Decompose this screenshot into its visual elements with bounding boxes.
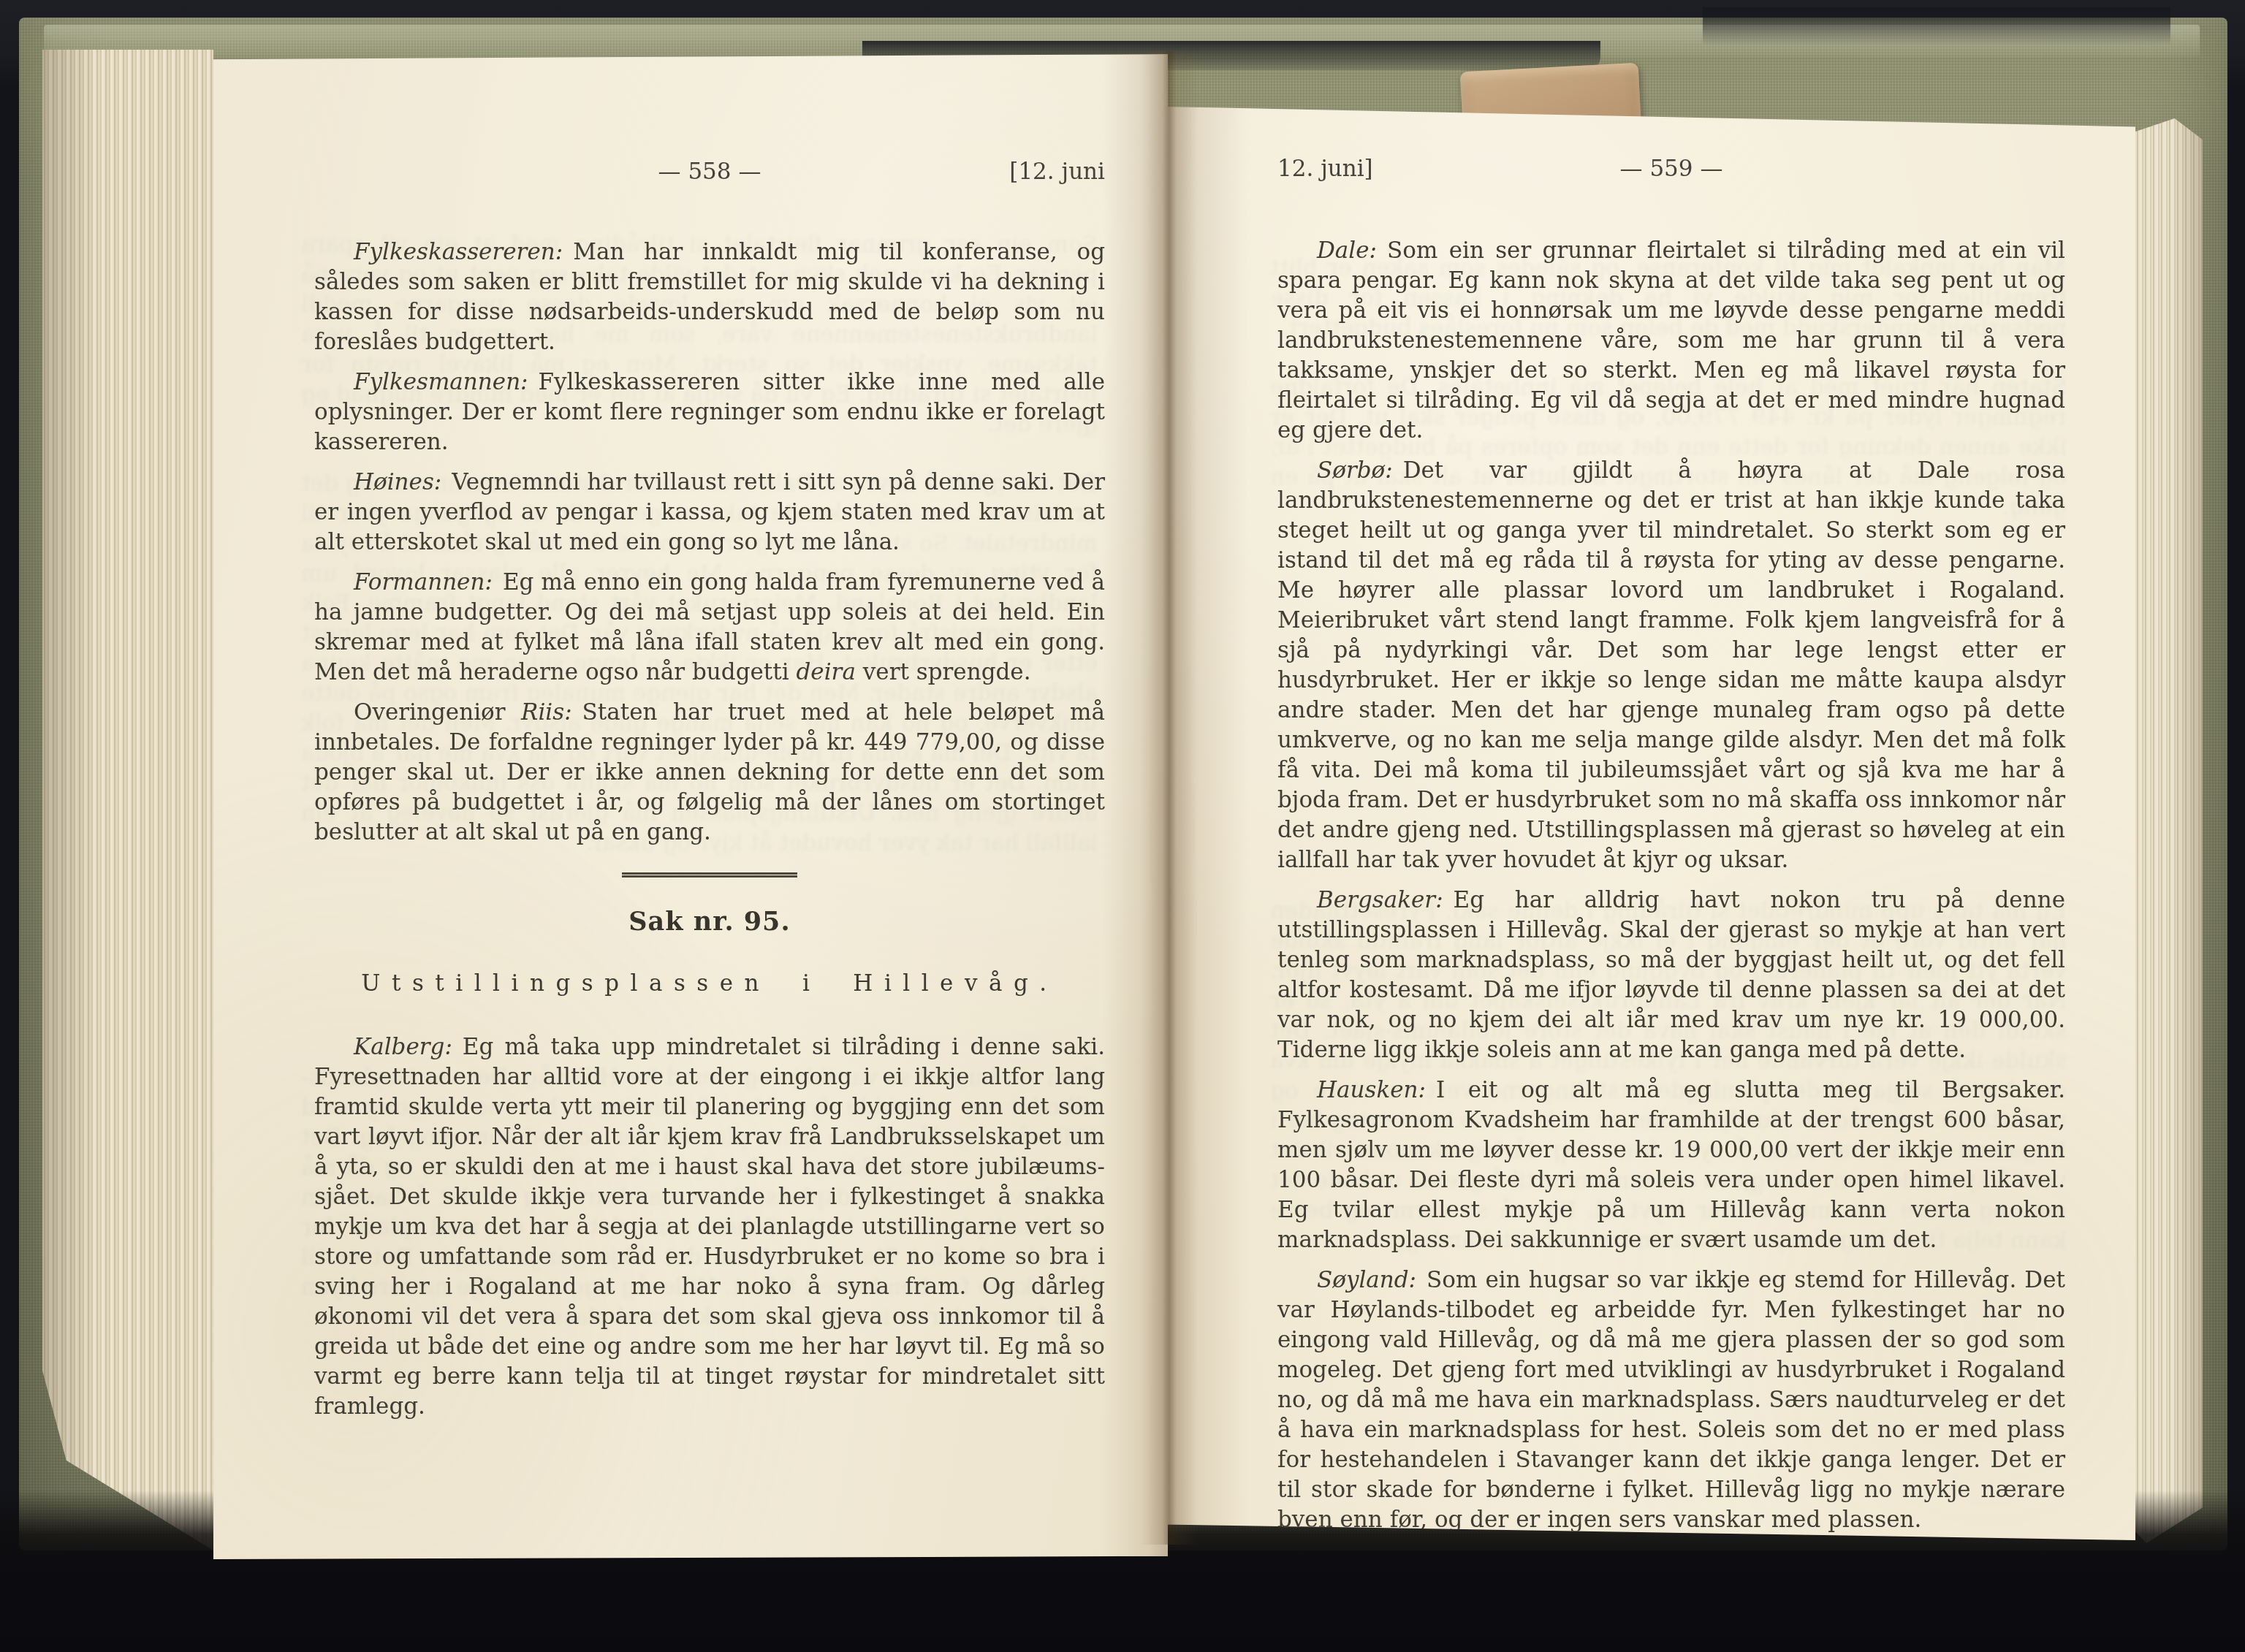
speaker-name: Kalberg: <box>354 1034 452 1060</box>
speech-paragraph: Kalberg:Eg må taka upp mindretalet si ti… <box>314 1032 1105 1422</box>
case-title-heading: Utstillingsplassen i Hillevåg. <box>314 969 1105 999</box>
speech-paragraph: Formannen:Eg må enno ein gong halda fram… <box>314 568 1105 688</box>
speech-text: vert sprengde. <box>856 659 1031 685</box>
speech-text-italic: deira <box>797 659 856 685</box>
speaker-name: Riis: <box>521 699 572 726</box>
speech-paragraph: Sørbø:Det var gjildt å høyra at Dale ros… <box>1277 456 2065 875</box>
cover-fold-shadow <box>1703 7 2170 45</box>
speech-paragraph: Bergsaker:Eg har alldrig havt nokon tru … <box>1277 886 2065 1065</box>
page-number: — 558 — <box>314 159 1105 185</box>
section-divider-rule <box>622 872 797 878</box>
speaker-name: Søyland: <box>1317 1267 1416 1293</box>
left-page: Som ein ser grunnar fleirtalet si tilråd… <box>213 54 1168 1559</box>
speaker-lead: Overingeniør <box>354 699 521 726</box>
speech-paragraph: Høines:Vegnemndi har tvillaust rett i si… <box>314 468 1105 557</box>
running-head-date: [12. juni <box>1009 159 1105 185</box>
speaker-name: Høines: <box>354 469 441 495</box>
speaker-name: Sørbø: <box>1317 457 1393 484</box>
speaker-name: Fylkesmannen: <box>354 369 528 395</box>
speech-paragraph: Hausken:I eit og alt må eg slutta meg ti… <box>1277 1076 2065 1255</box>
speaker-name: Dale: <box>1317 237 1377 264</box>
speech-text: Eg har alldrig havt nokon tru på denne u… <box>1277 887 2065 1063</box>
speech-paragraph: Søyland:Som ein hugsar so var ikkje eg s… <box>1277 1265 2065 1535</box>
speech-text: Det var gjildt å høyra at Dale rosa land… <box>1277 457 2065 873</box>
speaker-name: Hausken: <box>1317 1077 1426 1103</box>
speaker-name: Bergsaker: <box>1317 887 1443 913</box>
case-number-heading: Sak nr. 95. <box>314 907 1105 937</box>
speech-text: I eit og alt må eg slutta meg til Bergsa… <box>1277 1077 2065 1253</box>
page-body: Dale:Som ein ser grunnar fleirtalet si t… <box>1277 236 2065 1540</box>
page-body: Fylkeskassereren:Man har innkaldt mig ti… <box>314 237 1105 1432</box>
page-number: — 559 — <box>1277 156 2065 182</box>
right-page: Man har innkaldt mig til konferanse, og … <box>1168 107 2135 1540</box>
speech-paragraph: Fylkeskassereren:Man har innkaldt mig ti… <box>314 237 1105 357</box>
speaker-name: Formannen: <box>354 569 493 595</box>
speech-paragraph: Fylkesmannen:Fylkeskassereren sitter ikk… <box>314 368 1105 457</box>
speech-text: Eg må taka upp mindretalet si tilråding … <box>314 1034 1105 1420</box>
speech-text: Som ein hugsar so var ikkje eg stemd for… <box>1277 1267 2065 1533</box>
scanned-book-photograph: Som ein ser grunnar fleirtalet si tilråd… <box>0 0 2245 1652</box>
speech-paragraph: Dale:Som ein ser grunnar fleirtalet si t… <box>1277 236 2065 446</box>
speech-paragraph: Overingeniør Riis:Staten har truet med a… <box>314 698 1105 848</box>
page-edge-stack-right <box>2132 118 2203 1543</box>
speech-text: Som ein ser grunnar fleirtalet si tilråd… <box>1277 237 2065 444</box>
page-edge-stack-left <box>42 50 213 1550</box>
speaker-name: Fylkeskassereren: <box>354 239 563 265</box>
